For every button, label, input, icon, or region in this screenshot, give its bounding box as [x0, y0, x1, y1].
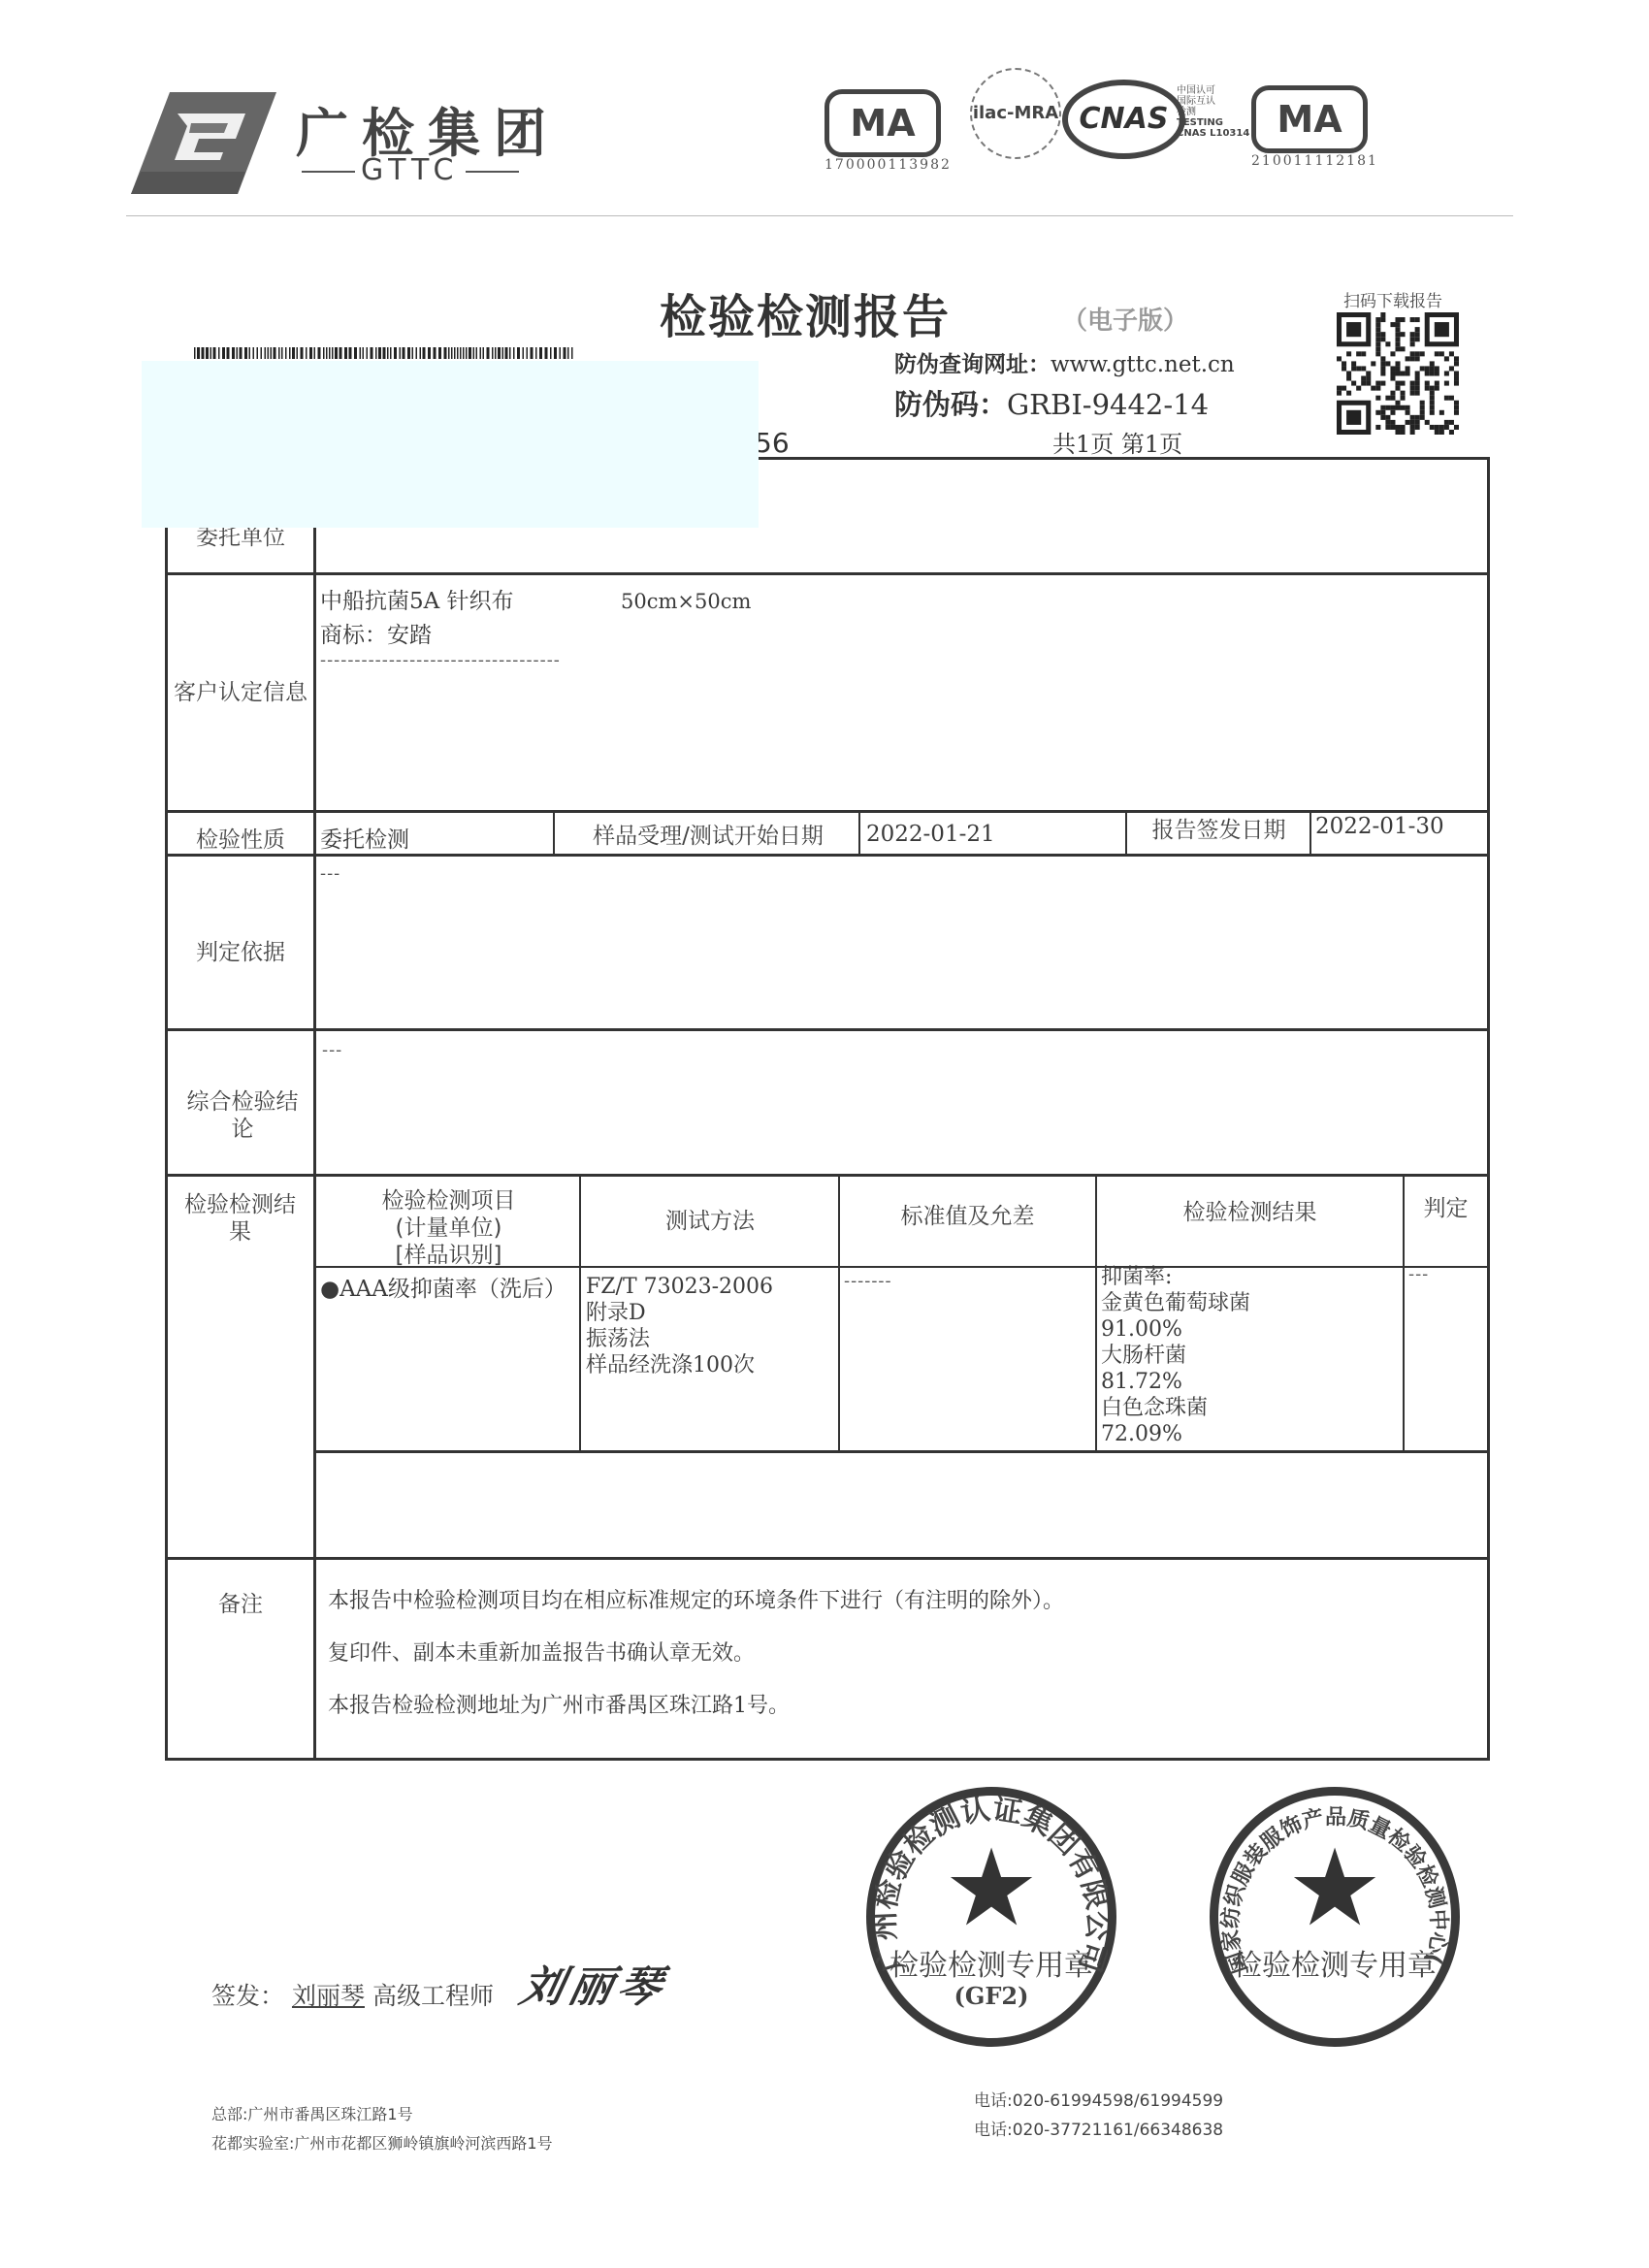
remark-line: 复印件、副本未重新加盖报告书确认章无效。: [328, 1640, 1064, 1667]
inspection-type-value: 委托检测: [320, 826, 409, 854]
basis-label: 判定依据: [169, 939, 312, 966]
cnas-text-line: TESTING: [1177, 117, 1249, 128]
barcode-icon: [194, 347, 577, 359]
footer-addresses: 总部:广州市番禺区珠江路1号 花都实验室:广州市花都区狮岭镇旗岭河滨西路1号: [211, 2100, 553, 2158]
cnas-text: 中国认可 国际互认 检测 TESTING CNAS L10314: [1177, 85, 1249, 139]
verify-code-value: GRBI-9442-14: [1007, 388, 1209, 421]
result-method: FZ/T 73023-2006 附录D 振荡法 样品经洗涤100次: [586, 1274, 773, 1378]
page-info: 共1页 第1页: [1052, 425, 1182, 459]
cma-number: 170000113982: [824, 157, 952, 173]
customer-info-label: 客户认定信息: [169, 679, 312, 706]
sample-date-value: 2022-01-21: [866, 821, 995, 848]
results-header-result: 检验检测结果: [1097, 1199, 1403, 1226]
seal-name: 检验检测专用章: [875, 1941, 1108, 1984]
results-header-item: 检验检测项目 (计量单位) [样品识别]: [320, 1187, 577, 1269]
verify-url-line: 防伪查询网址：www.gttc.net.cn: [894, 346, 1235, 378]
report-number-tail: 56: [755, 427, 790, 459]
results-header-standard: 标准值及允差: [840, 1203, 1095, 1230]
handwritten-signature: 刘丽琴: [515, 1952, 674, 2014]
cma-icon: MA: [824, 89, 941, 157]
remarks-label: 备注: [169, 1591, 312, 1618]
cma-mark-1: MA 170000113982: [824, 89, 952, 173]
verify-code-line: 防伪码：GRBI-9442-14: [894, 383, 1209, 423]
seal-national-center: 国家纺织服装服饰产品质量检验检测中心(广州) ★ 检验检测专用章: [1210, 1787, 1460, 2047]
conclusion-label: 综合检验结论: [184, 1088, 301, 1143]
footer-phones: 电话:020-61994598/61994599 电话:020-37721161…: [974, 2087, 1223, 2145]
cnas-text-line: CNAS L10314: [1177, 128, 1249, 139]
report-edition: （电子版）: [1062, 301, 1188, 337]
qr-code-icon[interactable]: [1337, 312, 1459, 435]
customer-info-separator: -----------------------------------: [320, 650, 561, 670]
issuer-line: 签发： 刘丽琴 高级工程师: [211, 1977, 494, 2012]
cma-mark-2: MA 210011112181: [1251, 85, 1378, 169]
company-logo-en: GTTC: [296, 153, 525, 187]
issuer-title: 高级工程师: [372, 1982, 494, 2010]
cnas-icon: CNAS: [1062, 80, 1185, 159]
footer-hq: 总部:广州市番禺区珠江路1号: [211, 2100, 553, 2129]
inspection-type-label: 检验性质: [169, 826, 312, 854]
remark-line: 本报告检验检测地址为广州市番禺区珠江路1号。: [328, 1693, 1064, 1719]
cma-icon: MA: [1251, 85, 1368, 153]
star-icon: ★: [1287, 1834, 1383, 1941]
cnas-text-line: 中国认可: [1177, 85, 1249, 96]
redaction-overlay: [142, 361, 759, 528]
header-divider: [126, 215, 1513, 216]
conclusion-value: ---: [322, 1040, 342, 1060]
seal-name: 检验检测专用章: [1218, 1941, 1451, 1984]
issue-date-value: 2022-01-30: [1315, 813, 1444, 840]
gttc-logo-icon: [131, 92, 276, 194]
result-item: ●AAA级抑菌率（洗后）: [320, 1276, 572, 1303]
cnas-text-line: 国际互认: [1177, 96, 1249, 107]
issue-date-label: 报告签发日期: [1128, 817, 1309, 844]
result-values: 抑菌率: 金黄色葡萄球菌 91.00% 大肠杆菌 81.72% 白色念珠菌 72…: [1101, 1264, 1250, 1447]
results-header-method: 测试方法: [582, 1208, 838, 1235]
qr-label: 扫码下载报告: [1343, 287, 1442, 311]
cnas-text-line: 检测: [1177, 107, 1249, 117]
sample-date-label: 样品受理/测试开始日期: [558, 823, 858, 850]
results-label: 检验检测结果: [179, 1191, 301, 1246]
issuer-label: 签发：: [211, 1982, 284, 2010]
client-label: 委托单位: [169, 524, 312, 551]
remark-line: 本报告中检验检测项目均在相应标准规定的环境条件下进行（有注明的除外）。: [328, 1588, 1064, 1614]
verify-code-label: 防伪码：: [894, 388, 1007, 421]
footer-lab: 花都实验室:广州市花都区狮岭镇旗岭河滨西路1号: [211, 2129, 553, 2158]
ilac-mra-icon: ilac-MRA: [970, 68, 1061, 159]
report-title: 检验检测报告: [660, 279, 951, 346]
customer-info-line: 商标：安踏: [320, 622, 432, 649]
customer-info-line: 中船抗菌5A 针织布: [320, 588, 514, 615]
cma-number: 210011112181: [1251, 153, 1378, 169]
seal-gttc: 广州检验检测认证集团有限公司 ★ 检验检测专用章 (GF2): [866, 1787, 1116, 2047]
customer-info-size: 50cm×50cm: [621, 588, 751, 615]
verify-url-label: 防伪查询网址：: [894, 351, 1051, 377]
basis-value: ---: [320, 863, 340, 884]
footer-tel-1: 电话:020-61994598/61994599: [974, 2087, 1223, 2116]
result-verdict: ---: [1408, 1264, 1429, 1284]
result-standard: -------: [844, 1271, 892, 1291]
issuer-name: 刘丽琴: [292, 1982, 365, 2010]
footer-tel-2: 电话:020-37721161/66348638: [974, 2116, 1223, 2145]
remarks-text: 本报告中检验检测项目均在相应标准规定的环境条件下进行（有注明的除外）。 复印件、…: [328, 1562, 1064, 1745]
seal-code: (GF2): [875, 1982, 1108, 2010]
results-header-verdict: 判定: [1405, 1195, 1487, 1222]
star-icon: ★: [944, 1834, 1040, 1941]
verify-url-link[interactable]: www.gttc.net.cn: [1051, 352, 1235, 377]
